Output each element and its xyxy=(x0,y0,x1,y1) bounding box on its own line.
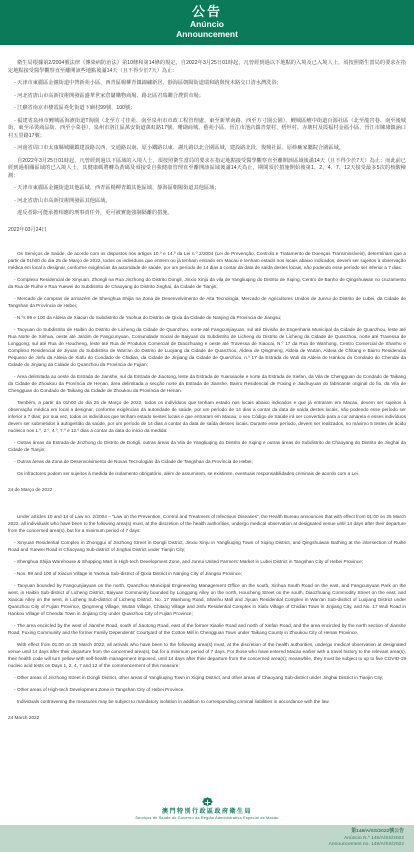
issuer-name-pt: Serviços de Saúde do Governo da Região A… xyxy=(0,816,414,821)
section-english: Under articles 10 and 14 of Law no. 2/20… xyxy=(8,513,406,721)
en-paragraph-violators: Individuals contravening the measures ma… xyxy=(8,698,406,705)
pt-paragraph-violators: Os infractores podem ser sujeitos à medi… xyxy=(8,470,406,477)
pt-paragraph-intro: Os Serviços de Saúde, de acordo com os d… xyxy=(8,250,406,271)
announcement-number-en: Announcement no. 146/A/SS/2022 xyxy=(0,842,404,849)
health-bureau-logo-icon xyxy=(202,797,213,808)
zh-date: 2022年03月24日 xyxy=(8,227,406,235)
reference-bar: 第146/A/SS/2022號公告 Anúncio N.º 146/A/SS/2… xyxy=(0,825,414,852)
pt-bullet-hebei-other: - Outras áreas da Zona de Desenvolviment… xyxy=(8,458,406,465)
page-title-pt: Anúncio xyxy=(0,19,414,29)
pt-bullet-henan: - Área delimitada ao oeste da Estrada de… xyxy=(8,373,406,394)
announcement-body: 衛生局根據第2/2004號法律《傳染病防治法》第10條和第14條的規定，自202… xyxy=(0,45,414,721)
announcement-page: 公告 Anúncio Announcement 衛生局根據第2/2004號法律《… xyxy=(0,0,414,852)
zh-bullet-hebei: - 河北省唐山市高新技術開發區盛華世家倉儲購物商場、路北區君瑞聯合農貿市場； xyxy=(8,93,406,101)
en-paragraph-intro: Under articles 10 and 14 of Law no. 2/20… xyxy=(8,513,406,534)
en-bullet-fujian: - Taoyuan bounded by Fangcunjiayuan on t… xyxy=(8,582,406,617)
zh-bullet-tianjin: - 天津市東麗區金鐘街道中膂新苑小區、西青區楊柳青鎮錦繡新居、靜海區朝陽街道瑞和… xyxy=(8,80,406,88)
en-bullet-tianjin: - Xinyuan Residential Complex in Zhonggu… xyxy=(8,539,406,553)
pt-date: 24 de Março de 2022 xyxy=(8,486,406,493)
en-bullet-henan: - The area encircled by the west of Jian… xyxy=(8,622,406,636)
zh-bullet-hebei-other: - 河北省唐山市高新技術開發區其他區域。 xyxy=(8,198,406,206)
zh-paragraph-intro: 衛生局根據第2/2004號法律《傳染病防治法》第10條和第14條的規定，自202… xyxy=(8,60,406,75)
zh-bullet-fujian: - 福建省泉州市鯉城區海濱街道T淘園（北至方寸佳苑、南至泉州市市政工程管理處、東… xyxy=(8,118,406,141)
announcement-header: 公告 Anúncio Announcement xyxy=(0,0,414,45)
pt-bullet-tianjin: - Complexo Residencial de Xinyuan, Zhong… xyxy=(8,276,406,290)
issuer-block: 澳門特別行政區政府衛生局 Serviços de Saúde do Govern… xyxy=(0,797,414,821)
en-bullet-jiangsu: - Nos. 99 and 100 of Xiacun Village in Y… xyxy=(8,570,406,577)
en-bullet-hebei-other: - Other areas of High-tech Development Z… xyxy=(8,686,406,693)
pt-bullet-jiangsu: - N.ºs 99 e 100 da Aldeia de Xiacun do S… xyxy=(8,314,406,321)
pt-paragraph-yellow-code: Também, a partir da 01h00 do dia 25 de M… xyxy=(8,399,406,434)
page-title-en: Announcement xyxy=(0,29,414,39)
zh-paragraph-violators: 違反者除可能承擔相應的刑事責任外，更可被實施強制隔離的措施。 xyxy=(8,210,406,218)
zh-paragraph-yellow-code: 自2022年3月25日01時起，凡曾經到過以下區域的入境人士，須按照衛生當局的要… xyxy=(8,158,406,181)
issuer-name-zh: 澳門特別行政區政府衛生局 xyxy=(0,809,414,816)
zh-bullet-tianjin-other: - 天津市東麗區金鐘街道其他區域、西青區楊柳青鎮其他區域、靜海區朝陽街道其他區域… xyxy=(8,185,406,193)
pt-bullet-fujian: - Taoyuan do Subdistrito de Haibin do Di… xyxy=(8,326,406,368)
en-bullet-hebei: - Shenghua Shijia Warehouse & Shopping M… xyxy=(8,558,406,565)
pt-bullet-hebei: - Mercado de compras de armazém de Sheng… xyxy=(8,295,406,309)
section-chinese: 衛生局根據第2/2004號法律《傳染病防治法》第10條和第14條的規定，自202… xyxy=(8,60,406,234)
en-paragraph-yellow-code: With effect from 01:00 on 25 March 2022,… xyxy=(8,641,406,669)
en-date: 24 March 2022 xyxy=(8,714,406,721)
en-bullet-tianjin-other: - Other areas of Jinzhong Street in Dong… xyxy=(8,674,406,681)
zh-bullet-henan: - 河南省周口市太康縣城關鎮建設路以西、交通路以南、原小鐵路以東、謝凡路以北合圍… xyxy=(8,145,406,153)
section-portuguese: Os Serviços de Saúde, de acordo com os d… xyxy=(8,250,406,493)
page-title-zh: 公告 xyxy=(0,4,414,19)
pt-bullet-tianjin-other: - Outras áreas da Estrada de Jinzhong do… xyxy=(8,439,406,453)
zh-bullet-jiangsu: - 江蘇省南京市棲霞區堯化街道下廟村99號、100號； xyxy=(8,105,406,113)
